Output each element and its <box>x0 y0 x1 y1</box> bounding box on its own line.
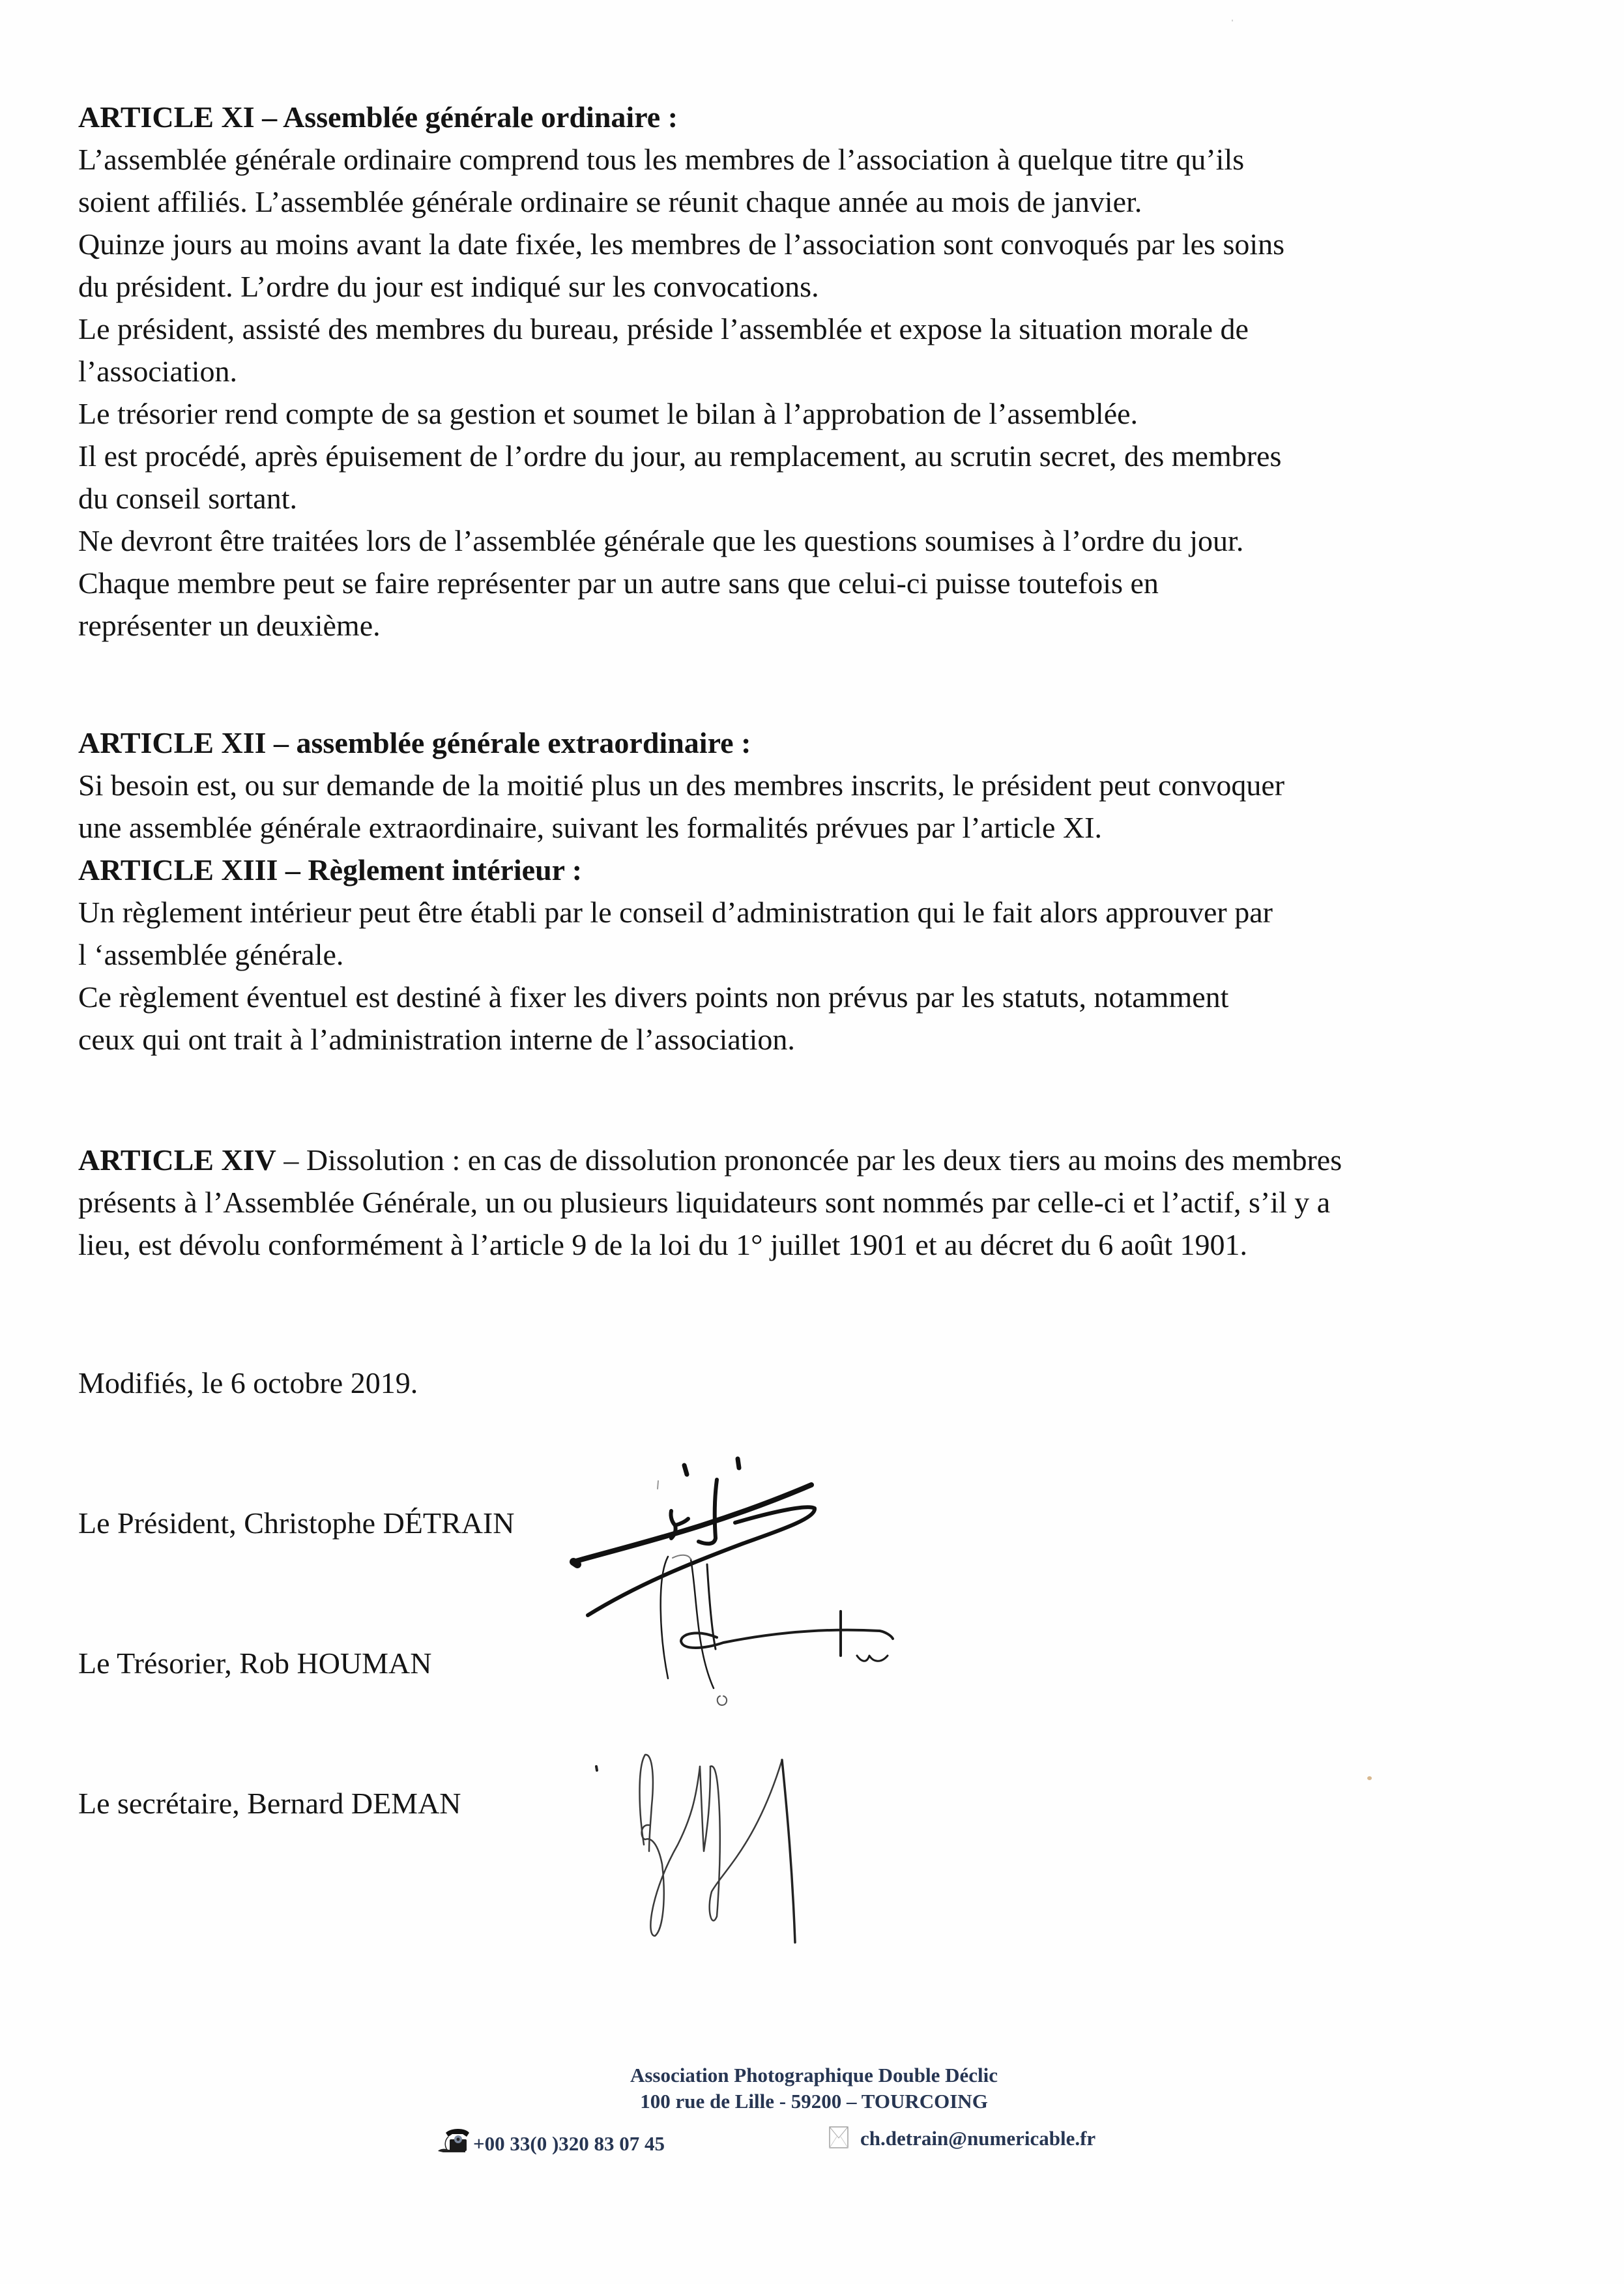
article-xi-line: L’assemblée générale ordinaire comprend … <box>78 145 1244 175</box>
article-xi-line: du conseil sortant. <box>78 484 297 514</box>
article-xiv-first-line: ARTICLE XIV – Dissolution : en cas de di… <box>78 1145 1342 1175</box>
article-xiii-line: ceux qui ont trait à l’administration in… <box>78 1025 795 1055</box>
treasurer-signature <box>560 1558 1017 1714</box>
envelope-icon <box>829 2126 848 2148</box>
article-xiv-line: lieu, est dévolu conformément à l’articl… <box>78 1230 1247 1260</box>
phone-number: +00 33(0 )320 83 07 45 <box>473 2133 665 2154</box>
article-xi-line: Le trésorier rend compte de sa gestion e… <box>78 399 1138 429</box>
article-xiv-line: présents à l’Assemblée Générale, un ou p… <box>78 1188 1330 1218</box>
article-xi-line: du président. L’ordre du jour est indiqu… <box>78 272 819 302</box>
email-address[interactable]: ch.detrain@numericable.fr <box>860 2128 1095 2148</box>
article-xiv-heading-text: – Dissolution : en cas de dissolution pr… <box>276 1143 1342 1177</box>
article-xiv-heading: ARTICLE XIV <box>78 1143 276 1177</box>
footer-address: 100 rue de Lille - 59200 – TOURCOING <box>0 2091 1624 2111</box>
article-xi-heading: ARTICLE XI – Assemblée générale ordinair… <box>78 102 678 132</box>
article-xi-line: Ne devront être traitées lors de l’assem… <box>78 526 1243 556</box>
footer-phone: +00 33(0 )320 83 07 45 <box>435 2126 665 2154</box>
article-xi-line: Quinze jours au moins avant la date fixé… <box>78 229 1284 259</box>
secretary-signature <box>626 1740 821 1955</box>
modification-date: Modifiés, le 6 octobre 2019. <box>78 1368 418 1398</box>
article-xii-line: Si besoin est, ou sur demande de la moit… <box>78 770 1284 800</box>
article-xiii-heading: ARTICLE XIII – Règlement intérieur : <box>78 855 582 885</box>
scan-speck <box>1367 1776 1372 1780</box>
telephone-icon <box>435 2126 469 2154</box>
article-xii-heading: ARTICLE XII – assemblée générale extraor… <box>78 728 751 758</box>
footer-email: ch.detrain@numericable.fr <box>829 2126 1095 2148</box>
article-xi-line: Chaque membre peut se faire représenter … <box>78 568 1159 598</box>
document-page: ARTICLE XI – Assemblée générale ordinair… <box>0 0 1624 2284</box>
signatory-treasurer: Le Trésorier, Rob HOUMAN <box>78 1648 431 1678</box>
article-xi-line: Le président, assisté des membres du bur… <box>78 314 1249 344</box>
article-xiii-line: Un règlement intérieur peut être établi … <box>78 898 1273 928</box>
article-xi-line: l’association. <box>78 357 237 387</box>
article-xi-line: soient affiliés. L’assemblée générale or… <box>78 187 1142 217</box>
article-xi-line: Il est procédé, après épuisement de l’or… <box>78 441 1281 471</box>
article-xiii-line: l ‘assemblée générale. <box>78 940 343 970</box>
article-xiii-line: Ce règlement éventuel est destiné à fixe… <box>78 982 1228 1012</box>
signatory-secretary: Le secrétaire, Bernard DEMAN <box>78 1789 461 1819</box>
scan-speck <box>1232 20 1233 22</box>
article-xi-line: représenter un deuxième. <box>78 611 381 641</box>
article-xii-line: une assemblée générale extraordinaire, s… <box>78 813 1102 843</box>
footer-organization: Association Photographique Double Déclic <box>0 2065 1624 2085</box>
signatory-president: Le Président, Christophe DÉTRAIN <box>78 1508 514 1538</box>
